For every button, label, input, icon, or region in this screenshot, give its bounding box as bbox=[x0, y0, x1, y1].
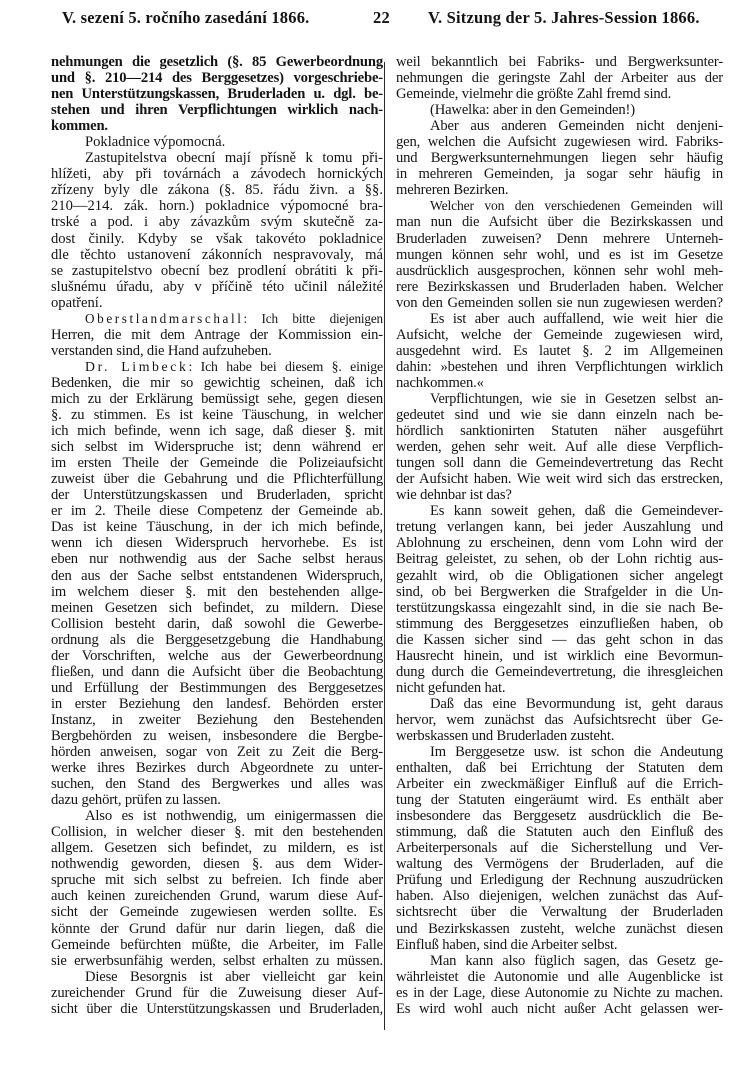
text-line: es in der Lage, diese Autonomie zu Nicht… bbox=[396, 985, 723, 1001]
text-line: stimmung, daß die Statuten auch den Einf… bbox=[396, 824, 723, 840]
text-line: Gemeinde befürchten müßte, die Arbeiter,… bbox=[51, 937, 383, 953]
text-line: er im 2. Theile diese Competenz der Geme… bbox=[51, 503, 383, 519]
text-line: der Unterstützungskassen und Bruderladen… bbox=[51, 487, 383, 503]
text-line: rere Bezirkskassen und Bruderladen haben… bbox=[396, 279, 723, 295]
text-line: dle těchto ustanovení zákonních nespravo… bbox=[51, 247, 383, 263]
text-line: Man kann also füglich sagen, das Gesetz … bbox=[396, 953, 723, 969]
text-line: Verpflichtungen, wie sie in Gesetzen sel… bbox=[396, 391, 723, 407]
text-line: ordnung als die Berggesetzgebung die Han… bbox=[51, 632, 383, 648]
text-line: Zastupitelstva obecní mají přísně k tomu… bbox=[51, 150, 383, 166]
text-line: die Kassen sicher sind — das geht schon … bbox=[396, 632, 723, 648]
column-divider bbox=[384, 62, 385, 1030]
speech-text: : Ich habe bei diesem §. einige bbox=[189, 359, 383, 374]
text-line: (Hawelka: aber in den Gemeinden!) bbox=[396, 102, 723, 118]
text-line: eben nur nothwendig aus der Sache selbst… bbox=[51, 551, 383, 567]
speaker-name: Dr. Limbeck bbox=[85, 359, 189, 374]
text-line: Pokladnice výpomocná. bbox=[51, 134, 383, 150]
text-line: Es kann soweit gehen, daß die Gemeindeve… bbox=[396, 503, 723, 519]
speech-text: : Ich bitte diejenigen bbox=[244, 311, 383, 326]
text-line: wie dehnbar ist das? bbox=[396, 487, 723, 503]
text-line: im ersten Theile der Gemeinde die Polize… bbox=[51, 455, 383, 471]
text-line: stimmung des Berggesetzes einzufließen h… bbox=[396, 616, 723, 632]
text-line: der Aufsicht haben. Wie weit wird sich d… bbox=[396, 471, 723, 487]
text-line: nicht gefunden hat. bbox=[396, 680, 723, 696]
text-line: mungen können sehr wohl, und es ist im G… bbox=[396, 247, 723, 263]
text-line: slušnému úřadu, aby v příčině této učini… bbox=[51, 279, 383, 295]
text-line: zřízeny byly dle zákona (§. 85. řádu živ… bbox=[51, 182, 383, 198]
text-line: mich zu der Erklärung bemüssigt sehe, ge… bbox=[51, 391, 383, 407]
text-line: Collision, in welcher dieser §. mit den … bbox=[51, 824, 383, 840]
text-line: ausdrücklich ausgesprochen, können sehr … bbox=[396, 263, 723, 279]
text-line: allgem. Gesetzen sich befindet, zu milde… bbox=[51, 840, 383, 856]
text-line: waltung des Vermögens der Bruderladen, a… bbox=[396, 856, 723, 872]
text-line: Das ist keine Täuschung, in der ich mich… bbox=[51, 519, 383, 535]
page-number: 22 bbox=[373, 8, 390, 28]
text-line: enthalten, daß bei Errichtung der Statut… bbox=[396, 760, 723, 776]
text-line: meinen Gesetzen sich befindet, zu milder… bbox=[51, 600, 383, 616]
text-line: sichtsrecht über die Verwaltung der Brud… bbox=[396, 904, 723, 920]
text-line: in erster Beziehung den landesf. Behörde… bbox=[51, 696, 383, 712]
text-line: Gemeinde, vielmehr die größte Zahl fremd… bbox=[396, 86, 723, 102]
text-line: und §. 210—214 des Berggesetzes) vorgesc… bbox=[51, 70, 383, 86]
text-line: dazu gehört, prüfen zu lassen. bbox=[51, 792, 383, 808]
text-line: trské a pod. i aby závazkům svým skutečn… bbox=[51, 214, 383, 230]
text-line: werke ihres Bezirkes durch Abgeordnete z… bbox=[51, 760, 383, 776]
text-line: dost činily. Kdyby se však takovéto pokl… bbox=[51, 231, 383, 247]
text-line: Einfluß haben, sind die Arbeiter selbst. bbox=[396, 937, 723, 953]
text-line: sind, ob bei Bergwerken die Strafgelder … bbox=[396, 584, 723, 600]
text-line: auch keinen zureichenden Grund, warum di… bbox=[51, 888, 383, 904]
text-line: Welcher von den verschiedenen Gemeinden … bbox=[396, 198, 723, 214]
text-line: nachkommen.« bbox=[396, 375, 723, 391]
text-line: nehmungen die geringste Zahl der Arbeite… bbox=[396, 70, 723, 86]
text-line: und Bergwerksunternehmungen liegen sehr … bbox=[396, 150, 723, 166]
text-line: spruche mit sich selbst zu befreien. Ich… bbox=[51, 872, 383, 888]
text-line: sicht über die Unterstützungskassen und … bbox=[51, 1001, 383, 1017]
text-line: Bruderladen zuweisen? Denn mehrere Unter… bbox=[396, 231, 723, 247]
text-line: Es wird wohl auch nicht außer Acht gelas… bbox=[396, 1001, 723, 1017]
text-line: opatření. bbox=[51, 295, 383, 311]
text-line: insbesondere das Berggesetz ausdrücklich… bbox=[396, 808, 723, 824]
text-line: dahin: »bestehen und ihren Verpflichtung… bbox=[396, 359, 723, 375]
text-line: gedeutet sind und wie sie dann einzeln n… bbox=[396, 407, 723, 423]
text-line: Bedenken, die mir so gewichtig scheinen,… bbox=[51, 375, 383, 391]
text-line: Diese Besorgnis ist aber vielleicht gar … bbox=[51, 969, 383, 985]
text-line: Ablohnung zu erscheinen, denn vom Lohn w… bbox=[396, 535, 723, 551]
text-line: tung der Statuten eingeräumt wird. Es en… bbox=[396, 792, 723, 808]
text-line: könnte der Grund dafür nur darin liegen,… bbox=[51, 921, 383, 937]
text-line: den aus der Sache selbst entstandenen Wi… bbox=[51, 568, 383, 584]
text-line: nothwendig geworden, diesen §. aus dem W… bbox=[51, 856, 383, 872]
text-line: sich selbst im Widerspruche ist; denn wä… bbox=[51, 439, 383, 455]
text-line: hlížeti, aby při továrnách a závodech ho… bbox=[51, 166, 383, 182]
text-line: ich mich befinde, wenn ich sage, daß die… bbox=[51, 423, 383, 439]
text-line: Aber aus anderen Gemeinden nicht denjeni… bbox=[396, 118, 723, 134]
text-line: nehmungen die gesetzlich (§. 85 Gewerbeo… bbox=[51, 54, 383, 70]
text-line: Arbeiterpersonals auf die Sicherstellung… bbox=[396, 840, 723, 856]
text-line: zuweist über die Gebahrung und die Pflic… bbox=[51, 471, 383, 487]
text-line: Daß das eine Bevormundung ist, geht dara… bbox=[396, 696, 723, 712]
text-line: und Bezirkskassen zusteht, welche zunäch… bbox=[396, 921, 723, 937]
text-line: tretung verlangen kann, bei jeder Auszah… bbox=[396, 519, 723, 535]
text-line: Im Berggesetze usw. ist schon die Andeut… bbox=[396, 744, 723, 760]
text-line: werbskassen und Bruderladen zusteht. bbox=[396, 728, 723, 744]
text-line: sicht der Gemeinde zugewiesen werden sol… bbox=[51, 904, 383, 920]
text-line: terstützungskassa eingezahlt sind, in di… bbox=[396, 600, 723, 616]
text-line: stehen und ihren Verpflichtungen wirklic… bbox=[51, 102, 383, 118]
text-line: Es ist aber auch auffallend, wie weit hi… bbox=[396, 311, 723, 327]
text-line: §. zu stimmen. Es ist keine Täuschung, i… bbox=[51, 407, 383, 423]
text-line: sie erwerbsunfähig werden, selbst erhalt… bbox=[51, 953, 383, 969]
text-line: der Vorschriften, welche aus der Gewerbe… bbox=[51, 648, 383, 664]
text-line: haben. Also diejenigen, welchen zunächst… bbox=[396, 888, 723, 904]
text-line: verstanden sind, die Hand aufzuheben. bbox=[51, 343, 383, 359]
text-line: Beitrag geleistet, zu sehen, ob der Lohn… bbox=[396, 551, 723, 567]
text-line: weil bekanntlich bei Fabriks- und Bergwe… bbox=[396, 54, 723, 70]
text-line: und Erfüllung der Bestimmungen des Bergg… bbox=[51, 680, 383, 696]
text-line: gen, welchen die Aufsicht zugewiesen wir… bbox=[396, 134, 723, 150]
text-line: hördlich sanktionirten Statuten näher au… bbox=[396, 423, 723, 439]
text-line: kommen. bbox=[51, 118, 383, 134]
text-line: zureichender Grund für die Zuweisung die… bbox=[51, 985, 383, 1001]
text-line: Collision besteht darin, daß sowohl die … bbox=[51, 616, 383, 632]
text-line: fließen, und dann die Aufsicht über die … bbox=[51, 664, 383, 680]
text-line: Instanz, in zweiter Beziehung den Besteh… bbox=[51, 712, 383, 728]
text-line: mehreren Bezirken. bbox=[396, 182, 723, 198]
text-line: man nun die Aufsicht über die Bezirkskas… bbox=[396, 214, 723, 230]
text-line: nen Unterstützungskassen, Bruderladen u.… bbox=[51, 86, 383, 102]
header-german-title: V. Sitzung der 5. Jahres-Session 1866. bbox=[428, 8, 700, 28]
text-line: werden, gehen sehr weit. Auf alle diese … bbox=[396, 439, 723, 455]
text-line: hörden anweisen, sogar von Zeit zu Zeit … bbox=[51, 744, 383, 760]
text-line: tungen soll dann die Gemeindevertretung … bbox=[396, 455, 723, 471]
text-line: währleistet die Autonomie und alle Augen… bbox=[396, 969, 723, 985]
right-column: weil bekanntlich bei Fabriks- und Bergwe… bbox=[396, 54, 723, 1017]
left-column: nehmungen die gesetzlich (§. 85 Gewerbeo… bbox=[51, 54, 383, 1017]
text-line: von den Gemeinden sollen sie nun zugewie… bbox=[396, 295, 723, 311]
text-line: in mehreren Gemeinden, ja sogar sehr häu… bbox=[396, 166, 723, 182]
text-line: dung durch die Gemeindevertretung, die i… bbox=[396, 664, 723, 680]
text-line: Aufsicht, welche der Gemeinde zugewiesen… bbox=[396, 327, 723, 343]
text-line: Bergbehörden zu weisen, insbesondere die… bbox=[51, 728, 383, 744]
text-line: Herren, die mit dem Antrage der Kommissi… bbox=[51, 327, 383, 343]
text-line: 210—214. zák. horn.) pokladnice výpomocn… bbox=[51, 198, 383, 214]
text-line: se zastupitelstvo obecní bez prodlení ob… bbox=[51, 263, 383, 279]
text-line: im welchem dieser §. mit den bestehenden… bbox=[51, 584, 383, 600]
text-line: Also es ist nothwendig, um einigermassen… bbox=[51, 808, 383, 824]
page-header: V. sezení 5. ročního zasedání 1866. 22 V… bbox=[0, 8, 750, 32]
text-line: wenn ich diesen Widerspruch hervorhebe. … bbox=[51, 535, 383, 551]
header-czech-title: V. sezení 5. ročního zasedání 1866. bbox=[62, 8, 309, 28]
speaker-name: Oberstlandmarschall bbox=[85, 311, 244, 326]
text-line: gezahlt wird, ob die Obligationen sicher… bbox=[396, 568, 723, 584]
text-line: Oberstlandmarschall: Ich bitte diejenige… bbox=[51, 311, 383, 327]
text-line: ausgedehnt wird. Es lautet §. 2 im Allge… bbox=[396, 343, 723, 359]
text-line: suchen, den Stand des Bergwerkes und all… bbox=[51, 776, 383, 792]
text-line: hervor, wem zunächst das Aufsichtsrecht … bbox=[396, 712, 723, 728]
text-line: Dr. Limbeck: Ich habe bei diesem §. eini… bbox=[51, 359, 383, 375]
text-line: Prüfung und Erledigung der Rechnung ausz… bbox=[396, 872, 723, 888]
text-line: Hausrecht hinein, und ist wirklich eine … bbox=[396, 648, 723, 664]
text-line: Arbeiter ein zweckmäßiger Einfluß auf di… bbox=[396, 776, 723, 792]
